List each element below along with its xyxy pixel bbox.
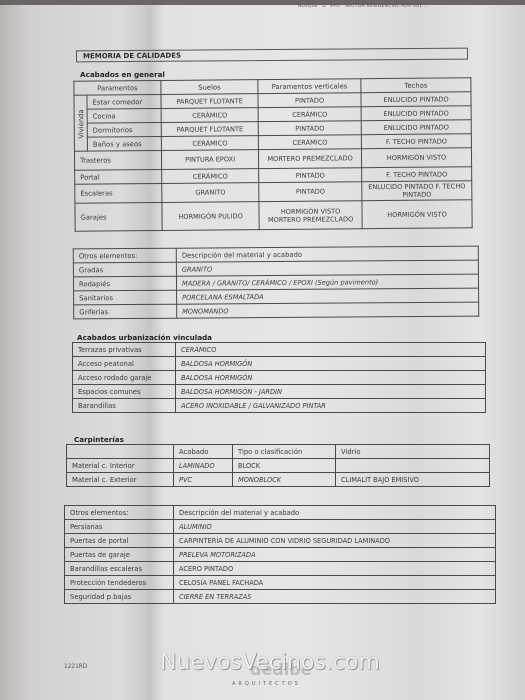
- cell-acabado: LAMINADO: [174, 459, 233, 473]
- cell-verticales: MORTERO PREMEZCLADO: [259, 149, 362, 169]
- cell-verticales: CERÁMICO: [258, 107, 361, 122]
- row-value: CERÁMICO: [176, 343, 486, 357]
- row-label: Baños y aseos: [87, 136, 161, 151]
- header-note: BLOQUE "D" VPO · SECTOR RESIDENCIAL AOR …: [298, 4, 429, 9]
- row-value: ACERO INOXIDABLE / GALVANIZADO PINTAR: [176, 399, 486, 413]
- header-cell: Tipo o clasificación: [233, 445, 336, 459]
- row-label: Barandillas: [73, 399, 176, 413]
- cell-verticales: HORMIGÓN VISTO MORTERO PREMEZCLADO: [259, 201, 362, 230]
- row-value: BALDOSA HORMIGÓN: [176, 371, 486, 385]
- header-cell: Otros elementos:: [73, 248, 176, 263]
- header-cell: Techos: [361, 78, 471, 93]
- table-row: Garajes HORMIGÓN PULIDO HORMIGÓN VISTO M…: [75, 200, 472, 231]
- header-cell: Acabado: [174, 445, 233, 459]
- cell-suelos: PARQUET FLOTANTE: [161, 122, 258, 137]
- row-value: ACERO PINTADO: [174, 562, 496, 576]
- cell-acabado: PVC: [174, 473, 233, 487]
- section-title-carpinterias: Carpinterías: [74, 435, 124, 444]
- cell-techos: ENLUCIDO PINTADO: [361, 92, 471, 107]
- header-cell: Paramentos verticales: [258, 79, 361, 94]
- row-label: Protección tendederos: [65, 576, 174, 590]
- row-value: BALDOSA HORMIGÓN: [176, 357, 486, 371]
- cell-verticales: PINTADO: [259, 182, 362, 202]
- footer-code: 1221RD: [64, 664, 87, 670]
- row-label: Cocina: [87, 108, 161, 123]
- row-value: BALDOSA HORMIGÓN - JARDIN: [176, 385, 486, 399]
- table-row: Puertas de portalCARPINTERÍA DE ALUMINIO…: [65, 534, 496, 548]
- cell-vidrio: CLIMALIT BAJO EMISIVO: [336, 473, 490, 487]
- table-row: Acceso peatonalBALDOSA HORMIGÓN: [73, 357, 486, 371]
- header-cell: [67, 445, 174, 459]
- row-label: Garajes: [75, 202, 162, 231]
- cell-suelos: PARQUET FLOTANTE: [161, 94, 258, 109]
- row-value: CARPINTERÍA DE ALUMINIO CON VIDRIO SEGUR…: [174, 534, 496, 548]
- header-cell: Vidrio: [336, 445, 490, 459]
- cell-suelos: HORMIGÓN PULIDO: [162, 202, 259, 231]
- urbanizacion-table: Terrazas privativasCERÁMICO Acceso peato…: [72, 342, 486, 413]
- row-label: Trasteros: [74, 150, 161, 170]
- row-value: CELOSÍA PANEL FACHADA: [174, 576, 496, 590]
- row-label: Espacios comunes: [73, 385, 176, 399]
- cell-verticales: PINTADO: [258, 121, 361, 136]
- row-label: Material c. Interior: [67, 459, 174, 473]
- row-label: Portal: [75, 169, 162, 184]
- table-row: Protección tendederosCELOSÍA PANEL FACHA…: [65, 576, 496, 590]
- section-title-urbanizacion: Acabados urbanización vinculada: [77, 333, 212, 342]
- row-label: Puertas de garaje: [65, 548, 174, 562]
- row-value: MONOMANDO: [177, 302, 479, 318]
- row-label: Dormitorios: [87, 122, 161, 137]
- cell-techos: ENLUCIDO PINTADO F. TECHO PINTADO: [362, 181, 472, 201]
- cell-suelos: PINTURA EPOXI: [162, 150, 259, 170]
- row-label: Gradas: [73, 262, 176, 277]
- header-cell: Suelos: [161, 80, 258, 95]
- cell-suelos: CERÁMICO: [162, 169, 259, 184]
- watermark: NuevosVecinos.com: [160, 650, 380, 675]
- row-label: Terrazas privativas: [73, 343, 176, 357]
- row-label: Rodapiés: [73, 276, 176, 291]
- header-cell: Descripción del material y acabado: [174, 506, 496, 520]
- row-label: Material c. Exterior: [67, 473, 174, 487]
- cell-tipo: MONOBLOCK: [233, 473, 336, 487]
- cell-suelos: CERÁMICO: [161, 108, 258, 123]
- cell-suelos: GRANITO: [162, 183, 259, 203]
- row-value: ALUMINIO: [174, 520, 496, 534]
- cell-techos: HORMIGÓN VISTO: [362, 148, 472, 168]
- cell-verticales: PINTADO: [259, 168, 362, 183]
- cell-verticales: PINTADO: [258, 93, 361, 108]
- table-row: BarandillasACERO INOXIDABLE / GALVANIZAD…: [73, 399, 486, 413]
- cell-techos: F. TECHO PINTADO: [361, 134, 471, 149]
- row-label: Sanitarios: [74, 290, 177, 305]
- vivienda-group-label: Vivienda: [74, 95, 87, 151]
- table-row: Acceso rodado garajeBALDOSA HORMIGÓN: [73, 371, 486, 385]
- table-row: Material c. Exterior PVC MONOBLOCK CLIMA…: [67, 473, 490, 487]
- row-label: Acceso peatonal: [73, 357, 176, 371]
- cell-tipo: BLOCK: [233, 459, 336, 473]
- table-row: Seguridad p.bajasCIERRE EN TERRAZAS: [65, 590, 496, 604]
- section-title-acabados-general: Acabados en general: [80, 70, 165, 79]
- cell-techos: ENLUCIDO PINTADO: [361, 120, 471, 135]
- table-row: GriferíasMONOMANDO: [74, 302, 479, 319]
- row-value: CIERRE EN TERRAZAS: [174, 590, 496, 604]
- row-value: PRELEVA MOTORIZADA: [174, 548, 496, 562]
- header-cell: Paramentos: [74, 80, 161, 95]
- acabados-general-table: Paramentos Suelos Paramentos verticales …: [73, 77, 472, 231]
- row-label: Acceso rodado garaje: [73, 371, 176, 385]
- row-label: Persianas: [65, 520, 174, 534]
- otros-elementos-table-2: Otros elementos: Descripción del materia…: [64, 505, 496, 604]
- row-label: Estar comedor: [87, 94, 161, 109]
- table-row: Espacios comunesBALDOSA HORMIGÓN - JARDI…: [73, 385, 486, 399]
- cell-verticales: CERÁMICO: [258, 135, 361, 150]
- table-header-row: Acabado Tipo o clasificación Vidrio: [67, 445, 490, 459]
- architect-logo-subtitle: ARQUITECTOS: [232, 681, 301, 687]
- table-row: Barandillas escalerasACERO PINTADO: [65, 562, 496, 576]
- table-row: Terrazas privativasCERÁMICO: [73, 343, 486, 357]
- cell-vidrio: [336, 459, 490, 473]
- photo-top-edge: [0, 0, 525, 5]
- document-title: MEMORIA DE CALIDADES: [83, 52, 181, 61]
- carpinterias-table: Acabado Tipo o clasificación Vidrio Mate…: [66, 444, 490, 487]
- row-label: Griferías: [74, 304, 177, 319]
- otros-elementos-table-1: Otros elementos: Descripción del materia…: [73, 246, 479, 320]
- table-row: Material c. Interior LAMINADO BLOCK: [67, 459, 490, 473]
- row-label: Seguridad p.bajas: [65, 590, 174, 604]
- table-row: PersianasALUMINIO: [65, 520, 496, 534]
- document-title-box: MEMORIA DE CALIDADES: [76, 48, 468, 63]
- table-header-row: Otros elementos: Descripción del materia…: [65, 506, 496, 520]
- cell-suelos: CERÁMICO: [161, 136, 258, 151]
- table-row: Puertas de garajePRELEVA MOTORIZADA: [65, 548, 496, 562]
- cell-techos: ENLUCIDO PINTADO: [361, 106, 471, 121]
- header-cell: Otros elementos:: [65, 506, 174, 520]
- row-label: Barandillas escaleras: [65, 562, 174, 576]
- cell-techos: HORMIGÓN VISTO: [362, 200, 472, 229]
- row-label: Puertas de portal: [65, 534, 174, 548]
- row-label: Escaleras: [75, 183, 162, 203]
- cell-techos: F. TECHO PINTADO: [362, 167, 472, 182]
